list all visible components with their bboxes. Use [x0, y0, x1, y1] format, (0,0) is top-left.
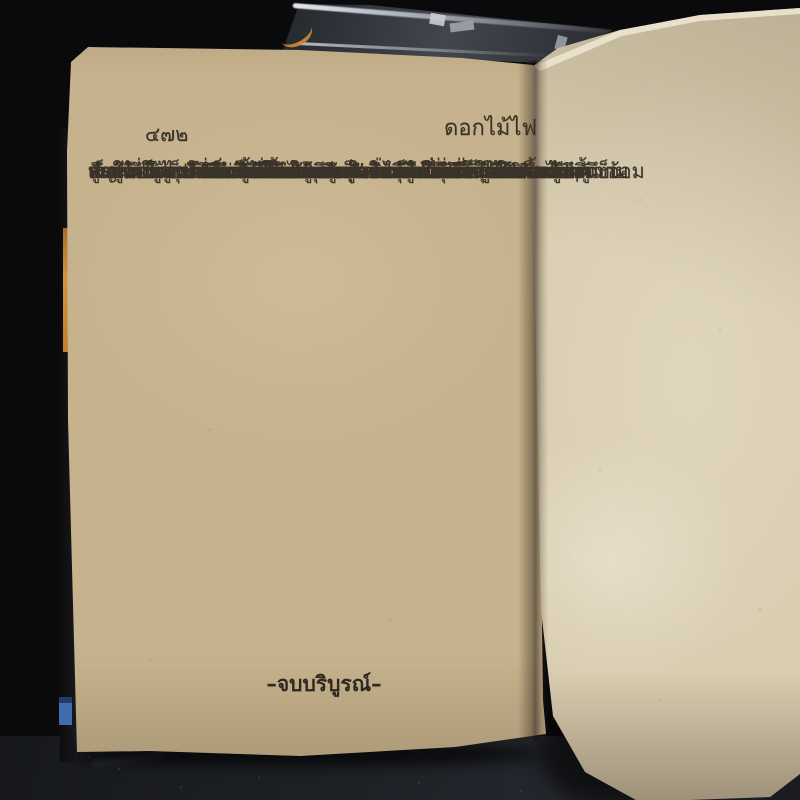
- page-number: ๔๗๒: [145, 118, 188, 150]
- tape-piece: [429, 13, 446, 26]
- dust-speckles: [118, 768, 120, 770]
- book-photo: ๔๗๒ ดอกไม้ไฟ ดอกไม้ไฟบางดอก ยิ่งพุ่งสว่า…: [0, 0, 800, 800]
- running-title: ดอกไม้ไฟ: [444, 110, 537, 145]
- body-line: ท่านผู้พิพากษาหัวใจนิ่ม....นิ่มรักคุณ !”: [88, 157, 529, 187]
- end-mark: –จบบริบูรณ์–: [88, 668, 526, 701]
- blue-bookmark-tip: [59, 697, 72, 725]
